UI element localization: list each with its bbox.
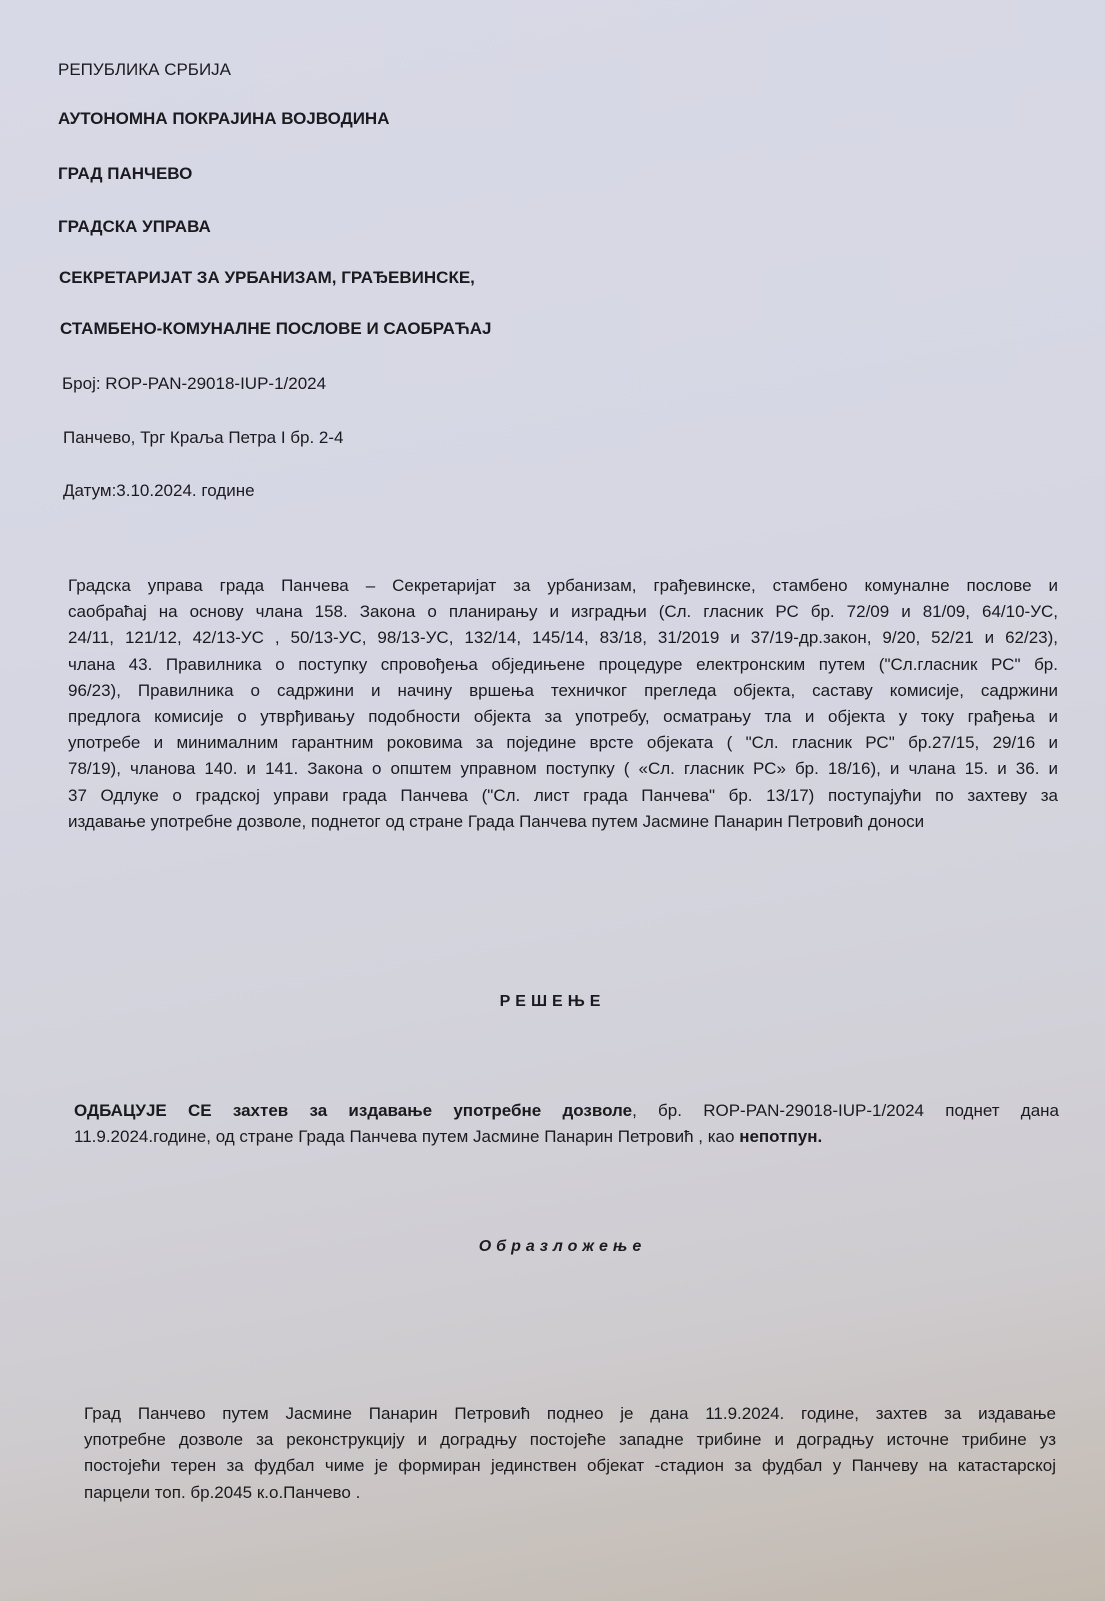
reasoning-title: Образложење [10, 1238, 1105, 1256]
decision-line2-text: 11.9.2024.године, од стране Града Панчев… [74, 1127, 739, 1146]
reasoning-paragraph: Град Панчево путем Јасмине Панарин Петро… [84, 1401, 1056, 1506]
decision-line: ОДБАЦУЈЕ СЕ захтев за издавање употребне… [74, 1098, 1059, 1124]
republic-heading: РЕПУБЛИКА СРБИЈА [58, 60, 231, 80]
reasoning-line: постојећи терен за фудбал чиме је формир… [84, 1453, 1056, 1479]
city-heading: ГРАД ПАНЧЕВО [58, 164, 192, 184]
secretariat-heading-line2: СТАМБЕНО-КОМУНАЛНЕ ПОСЛОВЕ И САОБРАЋАЈ [60, 319, 492, 339]
administration-heading: ГРАДСКА УПРАВА [58, 217, 211, 237]
decision-line1-rest: , бр. ROP-PAN-29018-IUP-1/2024 поднет да… [632, 1101, 1059, 1120]
office-address: Панчево, Трг Краља Петра I бр. 2-4 [63, 428, 344, 448]
decision-verdict: ОДБАЦУЈЕ СЕ захтев за издавање употребне… [74, 1101, 632, 1120]
preamble-line: издавање употребне дозволе, поднетог од … [68, 809, 1058, 835]
reasoning-line: парцели топ. бр.2045 к.о.Панчево . [84, 1480, 1056, 1506]
preamble-line: 96/23), Правилника о садржини и начину в… [68, 678, 1058, 704]
document-page: РЕПУБЛИКА СРБИЈА АУТОНОМНА ПОКРАЈИНА ВОЈ… [0, 0, 1105, 1601]
preamble-line: члана 43. Правилника о поступку спровође… [68, 652, 1058, 678]
decision-paragraph: ОДБАЦУЈЕ СЕ захтев за издавање употребне… [74, 1098, 1059, 1150]
preamble-line: Градска управа града Панчева – Секретари… [68, 573, 1058, 599]
decision-title: РЕШЕЊЕ [0, 993, 1105, 1011]
reasoning-line: Град Панчево путем Јасмине Панарин Петро… [84, 1401, 1056, 1427]
preamble-line: саобраћај на основу члана 158. Закона о … [68, 599, 1058, 625]
preamble-line: 78/19), чланова 140. и 141. Закона о опш… [68, 756, 1058, 782]
document-date: Датум:3.10.2024. године [63, 481, 255, 501]
decision-outcome: непотпун. [739, 1127, 822, 1146]
province-heading: АУТОНОМНА ПОКРАЈИНА ВОЈВОДИНА [58, 109, 389, 129]
preamble-line: 37 Одлуке о градској управи града Панчев… [68, 783, 1058, 809]
preamble-line: употребе и минималним гарантним роковима… [68, 730, 1058, 756]
preamble-paragraph: Градска управа града Панчева – Секретари… [68, 573, 1058, 835]
case-number: Број: ROP-PAN-29018-IUP-1/2024 [62, 374, 326, 394]
preamble-line: предлога комисије о утврђивању подобност… [68, 704, 1058, 730]
preamble-line: 24/11, 121/12, 42/13-УС , 50/13-УС, 98/1… [68, 625, 1058, 651]
reasoning-line: употребне дозволе за реконструкцију и до… [84, 1427, 1056, 1453]
decision-line: 11.9.2024.године, од стране Града Панчев… [74, 1124, 1059, 1150]
secretariat-heading-line1: СЕКРЕТАРИЈАТ ЗА УРБАНИЗАМ, ГРАЂЕВИНСКЕ, [59, 268, 475, 288]
